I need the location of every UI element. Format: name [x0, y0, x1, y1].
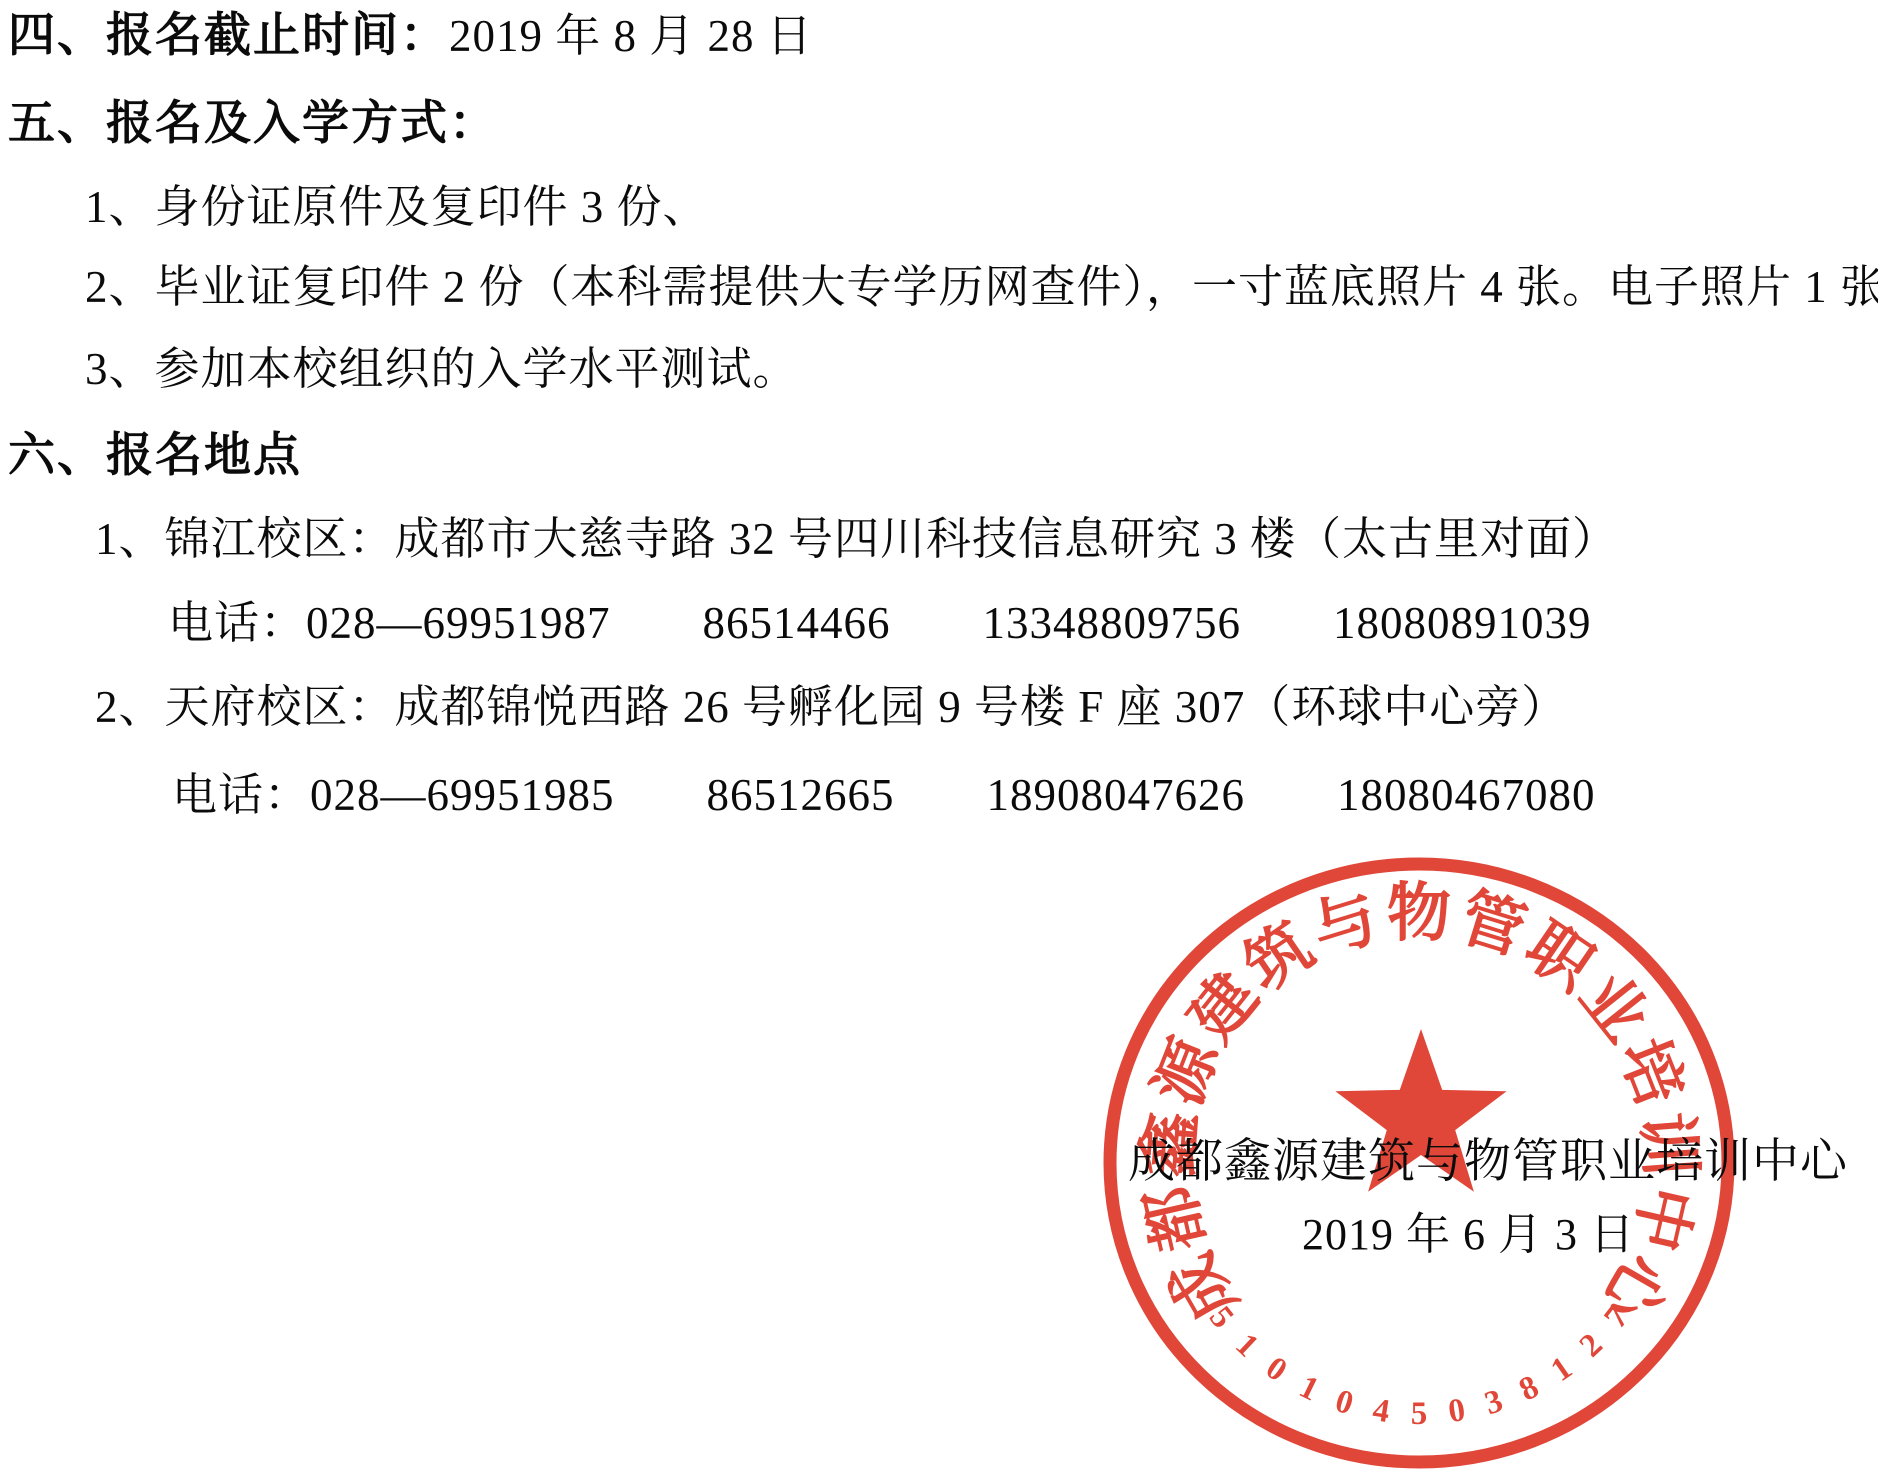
signature-org-name: 成都鑫源建筑与物管职业培训中心 [1128, 1124, 1848, 1191]
svg-text:0: 0 [1331, 1383, 1357, 1422]
campus-1-address: 1、锦江校区：成都市大慈寺路 32 号四川科技信息研究 3 楼（太古里对面） [95, 514, 1618, 566]
section6-heading: 六、报名地点 [8, 428, 302, 482]
svg-text:4: 4 [1370, 1392, 1392, 1430]
svg-text:0: 0 [1259, 1350, 1293, 1389]
section5-item-3: 3、参加本校组织的入学水平测试。 [85, 344, 799, 396]
campus-1-phones: 电话：028—69951987 86514466 13348809756 180… [168, 598, 1592, 650]
svg-text:与: 与 [1304, 881, 1386, 968]
document-page: 四、报名截止时间：2019 年 8 月 28 日 五、报名及入学方式： 1、身份… [0, 0, 1878, 1471]
svg-text:2: 2 [1573, 1327, 1610, 1365]
svg-text:1: 1 [1294, 1369, 1325, 1409]
seal-number: 5101045038127 [1202, 1300, 1636, 1432]
svg-text:都: 都 [1134, 1179, 1218, 1258]
svg-text:物: 物 [1387, 878, 1451, 949]
svg-text:8: 8 [1514, 1369, 1545, 1409]
signature-date: 2019 年 6 月 3 日 [1302, 1198, 1635, 1262]
section5-heading: 五、报名及入学方式： [8, 96, 498, 150]
svg-text:成: 成 [1156, 1242, 1249, 1333]
section5-item-2: 2、毕业证复印件 2 份（本科需提供大专学历网查件），一寸蓝底照片 4 张。电子… [85, 262, 1878, 314]
campus-2-address: 2、天府校区：成都锦悦西路 26 号孵化园 9 号楼 F 座 307（环球中心旁… [95, 682, 1567, 734]
svg-text:5: 5 [1411, 1396, 1428, 1432]
section4-label: 四、报名截止时间： [8, 8, 449, 61]
svg-text:3: 3 [1481, 1383, 1507, 1422]
campus-2-phones: 电话：028—69951985 86512665 18908047626 180… [172, 770, 1596, 822]
svg-text:1: 1 [1545, 1350, 1579, 1389]
svg-text:0: 0 [1446, 1392, 1468, 1430]
section4-heading: 四、报名截止时间：2019 年 8 月 28 日 [8, 8, 813, 63]
section4-value: 2019 年 8 月 28 日 [449, 11, 813, 61]
svg-text:1: 1 [1228, 1327, 1265, 1365]
section5-item-1: 1、身份证原件及复印件 3 份、 [85, 182, 709, 234]
